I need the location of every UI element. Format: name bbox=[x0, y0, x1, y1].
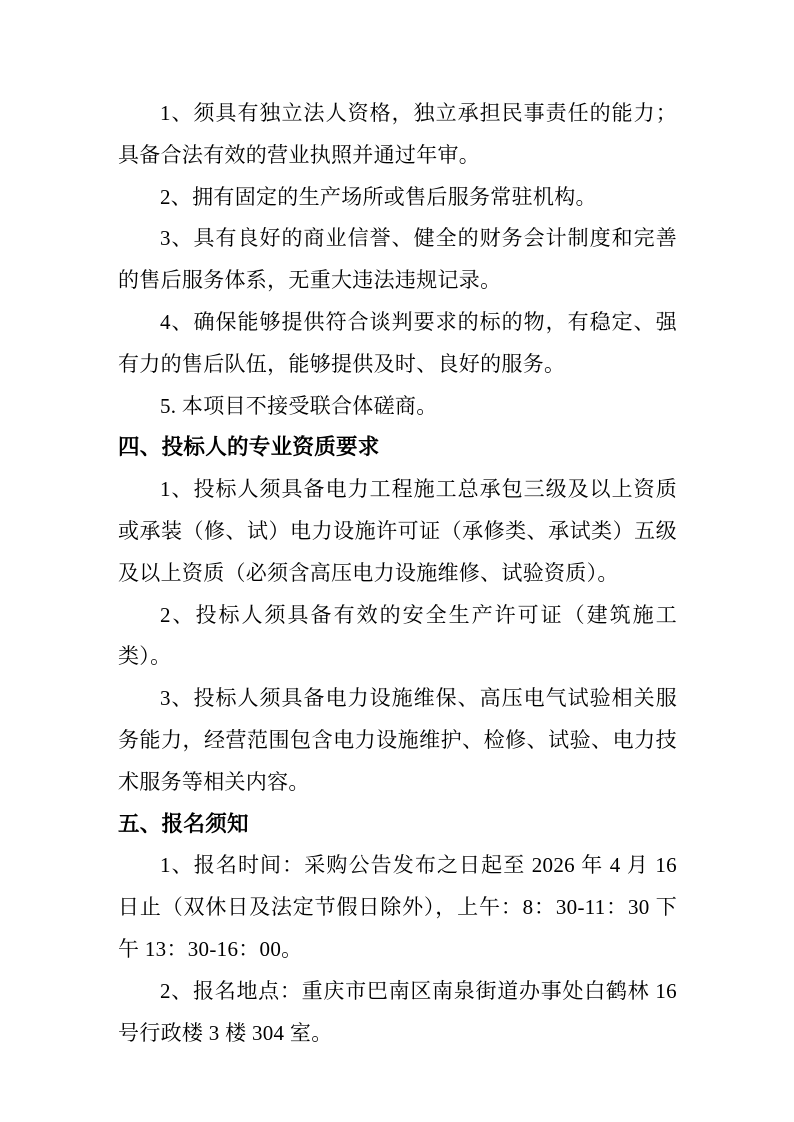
heading-section-5-registration-notice: 五、报名须知 bbox=[118, 804, 677, 846]
document-page: 1、须具有独立法人资格，独立承担民事责任的能力；具备合法有效的营业执照并通过年审… bbox=[0, 0, 794, 1122]
heading-section-4-qualification-requirements: 四、投标人的专业资质要求 bbox=[118, 427, 677, 469]
paragraph-qualification-3-service-scope: 3、投标人须具备电力设施维保、高压电气试验相关服务能力，经营范围包含电力设施维护… bbox=[118, 678, 677, 803]
paragraph-legal-entity: 1、须具有独立法人资格，独立承担民事责任的能力；具备合法有效的营业执照并通过年审… bbox=[118, 93, 677, 177]
paragraph-business-reputation: 3、具有良好的商业信誉、健全的财务会计制度和完善的售后服务体系，无重大违法违规记… bbox=[118, 218, 677, 302]
paragraph-qualification-2-safety-license: 2、投标人须具备有效的安全生产许可证（建筑施工类）。 bbox=[118, 595, 677, 679]
document-body: 1、须具有独立法人资格，独立承担民事责任的能力；具备合法有效的营业执照并通过年审… bbox=[118, 93, 677, 1054]
paragraph-qualification-1-power-construction: 1、投标人须具备电力工程施工总承包三级及以上资质或承装（修、试）电力设施许可证（… bbox=[118, 469, 677, 594]
paragraph-fixed-premises: 2、拥有固定的生产场所或售后服务常驻机构。 bbox=[118, 177, 677, 219]
paragraph-after-sales-capability: 4、确保能够提供符合谈判要求的标的物，有稳定、强有力的售后队伍，能够提供及时、良… bbox=[118, 302, 677, 386]
paragraph-registration-time: 1、报名时间：采购公告发布之日起至 2026 年 4 月 16 日止（双休日及法… bbox=[118, 845, 677, 970]
paragraph-no-consortium: 5. 本项目不接受联合体磋商。 bbox=[118, 386, 677, 428]
paragraph-registration-location: 2、报名地点：重庆市巴南区南泉街道办事处白鹤林 16 号行政楼 3 楼 304 … bbox=[118, 971, 677, 1055]
